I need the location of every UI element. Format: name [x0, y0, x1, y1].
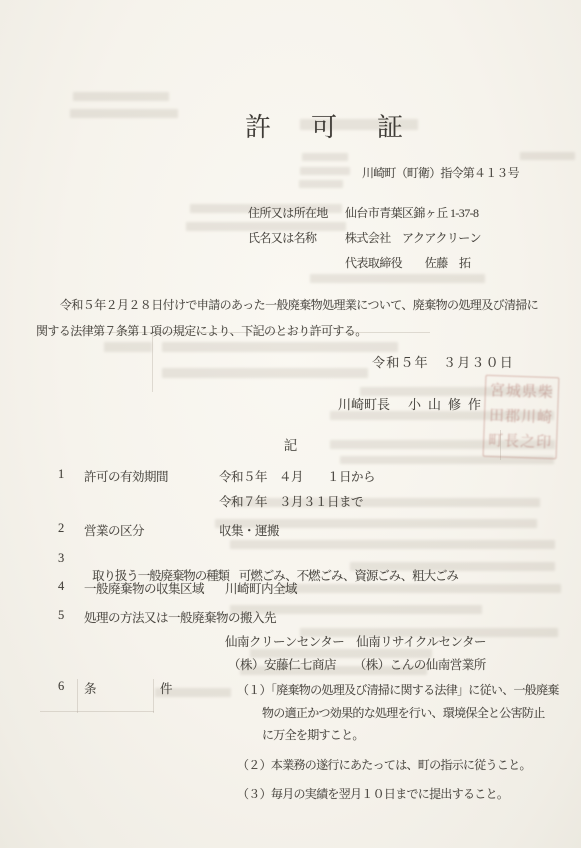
bleed-through-artifact	[230, 540, 555, 549]
condition-item: （１）「廃棄物の処理及び清掃に関する法律」に従い、一般廃棄 物の適正かつ効果的な…	[237, 679, 569, 747]
issue-date: 令和５年 ３月３０日	[372, 352, 514, 371]
issuer-name: 小山修作	[408, 394, 488, 413]
recipient-address-label: 住所又は所在地	[248, 204, 328, 221]
condition-item: （３）毎月の実績を翌月１０日までに提出すること。	[237, 783, 569, 806]
permit-statement-line1: 令和５年２月２８日付けで申請のあった一般廃棄物処理業について、廃棄物の処理及び清…	[60, 296, 538, 313]
item-label: 営業の区分	[84, 521, 144, 539]
condition-text-line: 物の適正かつ効果的な処理を行い、環境保全と公害防止	[237, 702, 569, 725]
item-value: 仙南クリーンセンター 仙南リサイクルセンター	[225, 632, 486, 650]
item-number: 3	[58, 551, 64, 566]
item-label: 条	[84, 679, 96, 697]
conditions-list: （１）「廃棄物の処理及び清掃に関する法律」に従い、一般廃棄 物の適正かつ効果的な…	[237, 679, 569, 813]
bleed-through-artifact	[104, 342, 152, 352]
item-value: 令和７年 ３月３１日まで	[219, 492, 363, 510]
bleed-through-artifact	[162, 342, 398, 352]
recipient-name-label: 氏名又は名称	[248, 229, 316, 246]
condition-item: （２）本業務の遂行にあたっては、町の指示に従うこと。	[237, 754, 569, 777]
item-number: 2	[58, 521, 64, 536]
recipient-address: 仙台市青葉区錦ヶ丘 1-37-8	[345, 204, 478, 221]
condition-text-line: に万全を期すこと。	[237, 724, 569, 747]
condition-marker: （３）	[237, 787, 271, 801]
record-marker: 記	[0, 434, 581, 454]
item-number: 5	[58, 608, 64, 623]
item-value: 川崎町内全域	[225, 579, 297, 597]
recipient-name: 株式会社 アクアクリーン	[345, 229, 481, 246]
item-label: 一般廃棄物の収集区域	[84, 579, 204, 597]
document-title: 許可証	[245, 107, 443, 144]
item-label: 許可の有効期間	[84, 467, 168, 485]
item-value: （株）安藤仁七商店 （株）こんの仙南営業所	[228, 655, 486, 673]
bleed-through-artifact	[300, 167, 350, 175]
bleed-through-line	[153, 679, 154, 713]
bleed-through-artifact	[302, 153, 348, 161]
item-number: 4	[58, 579, 64, 594]
bleed-through-artifact	[520, 152, 575, 160]
bleed-through-artifact	[73, 92, 169, 101]
condition-marker: （１）	[237, 683, 271, 697]
bleed-through-line	[152, 332, 153, 392]
recipient-representative: 代表取締役 佐藤 拓	[345, 254, 470, 271]
bleed-through-artifact	[310, 274, 485, 283]
item-label: 件	[160, 679, 172, 697]
bleed-through-line	[40, 711, 154, 712]
issuer-title: 川崎町長	[338, 394, 390, 413]
item-number: 1	[58, 467, 64, 482]
item-value: 収集・運搬	[219, 521, 279, 539]
item-value: 令和５年 ４月 １日から	[219, 467, 375, 485]
condition-marker: （２）	[237, 758, 271, 772]
condition-text-line: 本業務の遂行にあたっては、町の指示に従うこと。	[271, 758, 531, 772]
permit-statement-line2: 関する法律第７条第１項の規定により、下記のとおり許可する。	[36, 322, 367, 339]
permit-document: 許可証 川崎町（町衛）指令第４１３号 住所又は所在地 仙台市青葉区錦ヶ丘 1-3…	[0, 0, 581, 848]
bleed-through-line	[77, 679, 78, 713]
bleed-through-artifact	[70, 109, 178, 118]
item-label: 処理の方法又は一般廃棄物の搬入先	[84, 608, 276, 626]
bleed-through-artifact	[299, 180, 343, 188]
bleed-through-artifact	[162, 368, 368, 378]
directive-number: 川崎町（町衛）指令第４１３号	[362, 164, 519, 181]
condition-text-line: 「廃棄物の処理及び清掃に関する法律」に従い、一般廃棄	[271, 683, 559, 697]
item-number: 6	[58, 679, 64, 694]
condition-text-line: 毎月の実績を翌月１０日までに提出すること。	[271, 787, 508, 801]
